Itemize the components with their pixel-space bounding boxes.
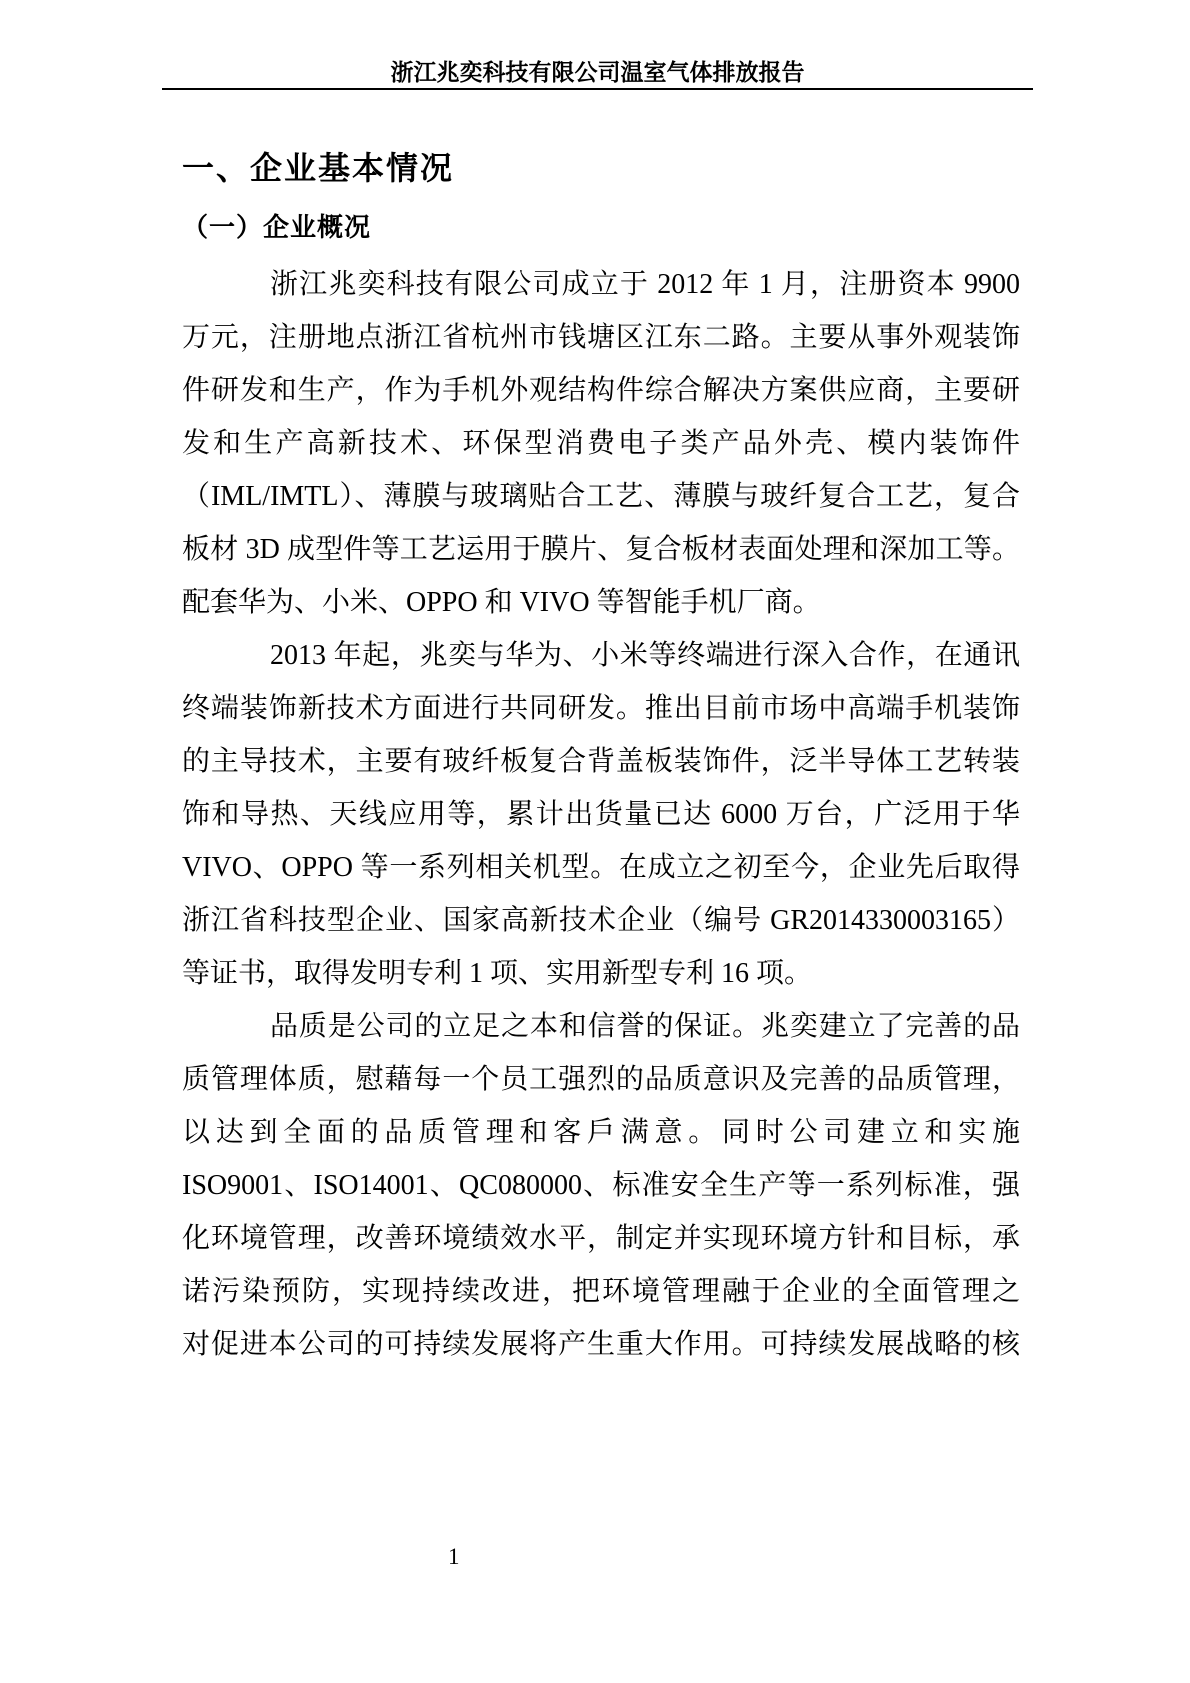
paragraph: 品质是公司的立足之本和信誉的保证。兆奕建立了完善的品质管理体质，慰藉每一个员工强… [182, 1000, 1020, 1371]
document-header-title: 浙江兆奕科技有限公司温室气体排放报告 [391, 59, 805, 88]
text-line: 化环境管理，改善环境绩效水平，制定并实现环境方针和目标，承 [182, 1212, 1020, 1265]
text-line: 件研发和生产，作为手机外观结构件综合解决方案供应商，主要研 [182, 364, 1020, 417]
page-number: 1 [448, 1542, 460, 1572]
text-line: 万元，注册地点浙江省杭州市钱塘区江东二路。主要从事外观装饰 [182, 311, 1020, 364]
text-line: （IML/IMTL）、薄膜与玻璃贴合工艺、薄膜与玻纤复合工艺，复合 [182, 470, 1020, 523]
document-page: 浙江兆奕科技有限公司温室气体排放报告 一、企业基本情况 （一）企业概况 浙江兆奕… [0, 0, 1190, 1683]
page-header: 浙江兆奕科技有限公司温室气体排放报告 [162, 0, 1033, 90]
text-line: 饰和导热、天线应用等，累计出货量已达 6000 万台，广泛用于华为、 [182, 788, 1020, 841]
subsection-heading: （一）企业概况 [182, 212, 1020, 242]
text-line: 终端装饰新技术方面进行共同研发。推出目前市场中高端手机装饰 [182, 682, 1020, 735]
section-heading: 一、企业基本情况 [182, 150, 1020, 186]
text-line: 浙江省科技型企业、国家高新技术企业（编号 GR2014330003165） [182, 894, 1020, 947]
paragraph: 浙江兆奕科技有限公司成立于 2012 年 1 月，注册资本 9900万元，注册地… [182, 258, 1020, 629]
paragraph: 2013 年起，兆奕与华为、小米等终端进行深入合作，在通讯终端装饰新技术方面进行… [182, 629, 1020, 1000]
text-line: ISO9001、ISO14001、QC080000、标准安全生产等一系列标准，强 [182, 1159, 1020, 1212]
text-line: 浙江兆奕科技有限公司成立于 2012 年 1 月，注册资本 9900 [182, 258, 1020, 311]
text-line: 配套华为、小米、OPPO 和 VIVO 等智能手机厂商。 [182, 576, 1020, 629]
text-line: 发和生产高新技术、环保型消费电子类产品外壳、模内装饰件 [182, 417, 1020, 470]
page-content: 一、企业基本情况 （一）企业概况 浙江兆奕科技有限公司成立于 2012 年 1 … [182, 150, 1020, 1371]
text-line: 对促进本公司的可持续发展将产生重大作用。可持续发展战略的核 [182, 1318, 1020, 1371]
text-line: 2013 年起，兆奕与华为、小米等终端进行深入合作，在通讯 [182, 629, 1020, 682]
text-line: 等证书，取得发明专利 1 项、实用新型专利 16 项。 [182, 947, 1020, 1000]
body-paragraphs: 浙江兆奕科技有限公司成立于 2012 年 1 月，注册资本 9900万元，注册地… [182, 258, 1020, 1371]
text-line: VIVO、OPPO 等一系列相关机型。在成立之初至今，企业先后取得 [182, 841, 1020, 894]
text-line: 质管理体质，慰藉每一个员工强烈的品质意识及完善的品质管理， [182, 1053, 1020, 1106]
text-line: 的主导技术，主要有玻纤板复合背盖板装饰件，泛半导体工艺转装 [182, 735, 1020, 788]
text-line: 品质是公司的立足之本和信誉的保证。兆奕建立了完善的品 [182, 1000, 1020, 1053]
text-line: 以达到全面的品质管理和客戶满意。同时公司建立和实施 [182, 1106, 1020, 1159]
text-line: 板材 3D 成型件等工艺运用于膜片、复合板材表面处理和深加工等。 [182, 523, 1020, 576]
text-line: 诺污染预防，实现持续改进，把环境管理融于企业的全面管理之中， [182, 1265, 1020, 1318]
